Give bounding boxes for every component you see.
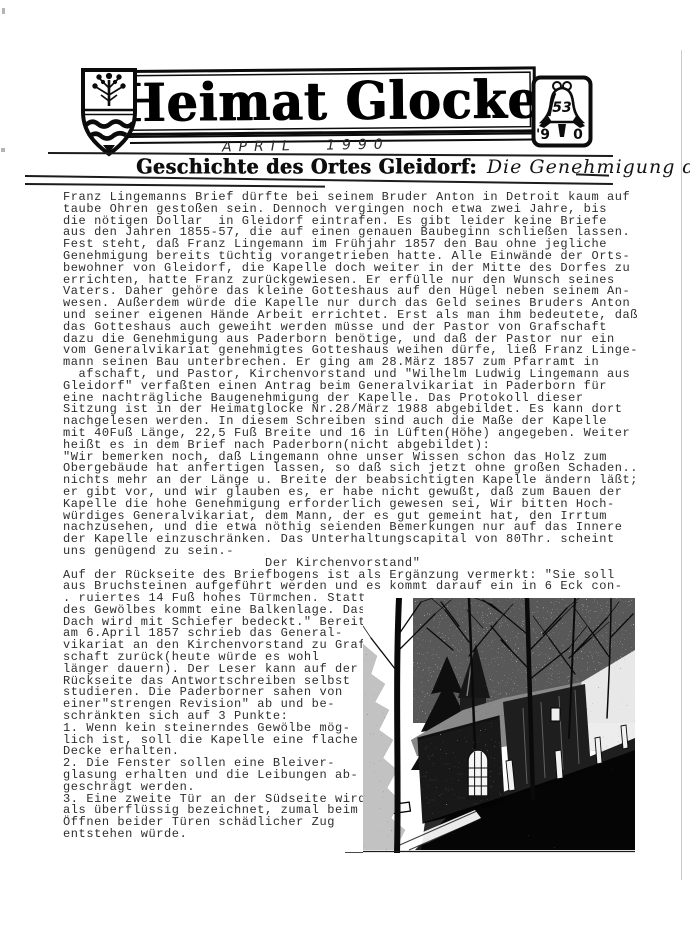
arched-window <box>466 750 490 800</box>
year-right: 0 <box>573 127 583 143</box>
masthead-banner: Heimat Glocke <box>122 66 537 136</box>
dust-speck <box>1 148 5 152</box>
issue-number: 53 <box>552 100 571 116</box>
newsletter-title: Heimat Glocke <box>118 68 539 134</box>
dust-speck <box>2 8 5 14</box>
chapel-photo <box>363 598 635 853</box>
section-title-lead: Geschichte des Ortes Gleidorf: <box>136 155 477 179</box>
subtitle-underline-2 <box>25 183 325 187</box>
coat-of-arms-shield <box>79 66 139 158</box>
year-left: '9 <box>536 127 550 143</box>
section-title: Geschichte des Ortes Gleidorf: Die Geneh… <box>136 156 690 178</box>
page: Heimat Glocke <box>0 0 690 950</box>
issue-bell-badge: 53 '9 0 <box>531 75 593 149</box>
section-title-rest: Die Genehmigung des Baues <box>487 156 690 178</box>
